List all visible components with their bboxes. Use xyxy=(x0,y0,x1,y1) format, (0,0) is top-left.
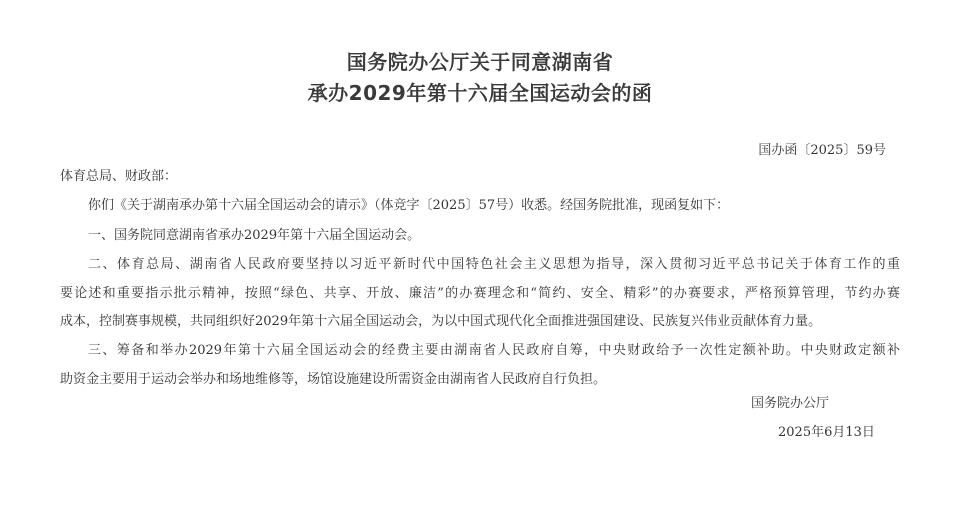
paragraph-item-3-line-1: 三、筹备和举办2029年第十六届全国运动会的经费主要由湖南省人民政府自筹，中央财… xyxy=(88,342,900,360)
paragraph-item-2-line-2: 要论述和重要指示批示精神，按照“绿色、共享、开放、廉洁”的办赛理念和“简约、安全… xyxy=(60,285,900,303)
paragraph-item-3-line-2: 助资金主要用于运动会举办和场地维修等，场馆设施建设所需资金由湖南省人民政府自行负… xyxy=(60,371,606,389)
document-number: 国办函〔2025〕59号 xyxy=(758,139,886,158)
paragraph-item-2-line-1: 二、体育总局、湖南省人民政府要坚持以习近平新时代中国特色社会主义思想为指导，深入… xyxy=(88,256,900,274)
paragraph-item-2-line-3: 成本，控制赛事规模，共同组织好2029年第十六届全国运动会，为以中国式现代化全面… xyxy=(60,313,821,331)
issue-date: 2025年6月13日 xyxy=(778,424,875,442)
issuer-signature: 国务院办公厅 xyxy=(751,395,829,413)
paragraph-item-1: 一、国务院同意湖南省承办2029年第十六届全国运动会。 xyxy=(88,227,420,245)
document-title-line-1: 国务院办公厅关于同意湖南省 xyxy=(0,46,960,75)
addressee: 体育总局、财政部： xyxy=(60,168,177,186)
document-title-line-2: 承办2029年第十六届全国运动会的函 xyxy=(0,77,960,106)
paragraph-intro: 你们《关于湖南承办第十六届全国运动会的请示》（体竞字〔2025〕57号）收悉。经… xyxy=(88,197,729,215)
